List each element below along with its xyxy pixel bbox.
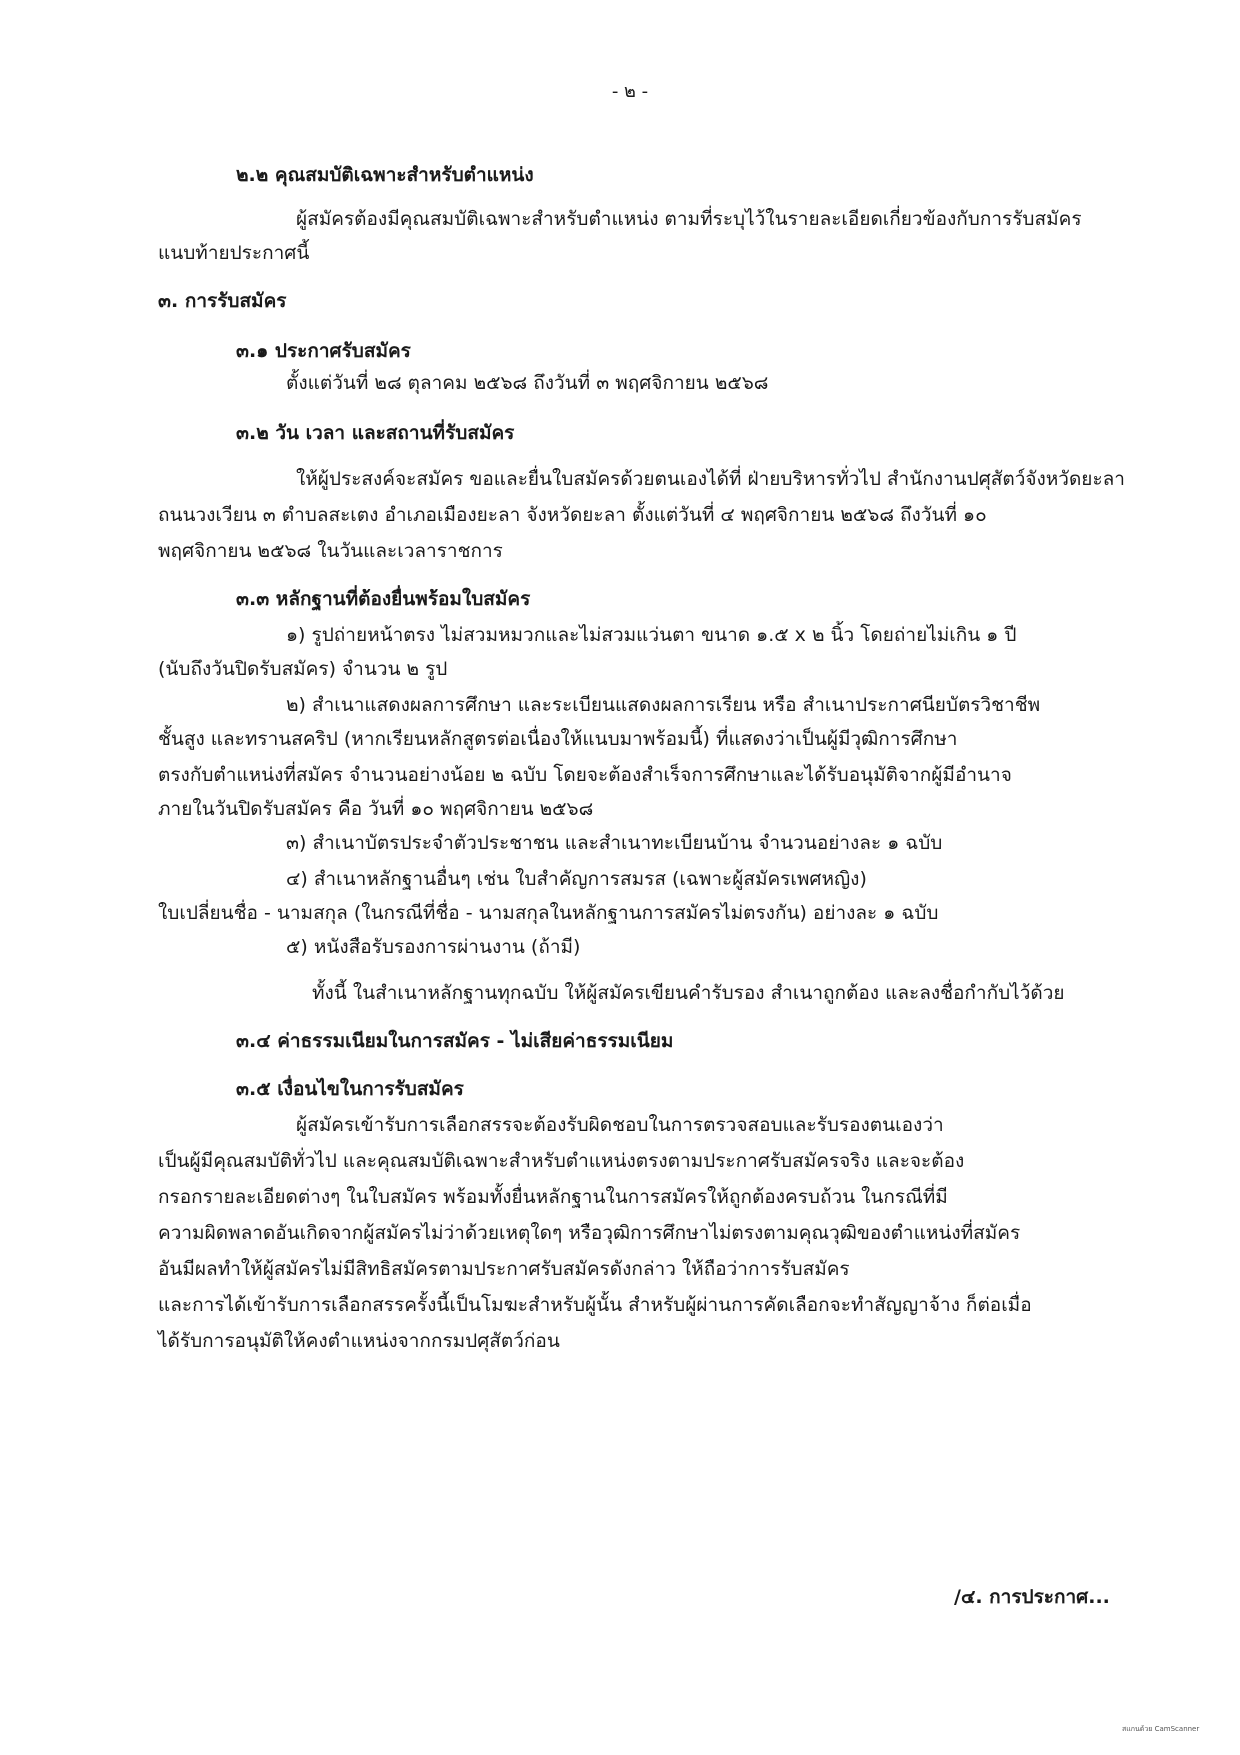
evidence-item-2-line: ๒) สำเนาแสดงผลการศึกษา และระเบียนแสดงผลก… [286, 690, 1040, 720]
section-3-2-heading: ๓.๒ วัน เวลา และสถานที่รับสมัคร [236, 418, 514, 448]
evidence-item-4-line: ใบเปลี่ยนชื่อ - นามสกุล (ในกรณีที่ชื่อ -… [158, 898, 938, 928]
evidence-item-2-line: ชั้นสูง และทรานสคริป (หากเรียนหลักสูตรต่… [158, 724, 957, 754]
section-3-3-heading: ๓.๓ หลักฐานที่ต้องยื่นพร้อมใบสมัคร [236, 584, 530, 614]
section-3-5-text-line: เป็นผู้มีคุณสมบัติทั่วไป และคุณสมบัติเฉพ… [158, 1146, 964, 1176]
scanner-watermark: สแกนด้วย CamScanner [1122, 1724, 1199, 1735]
page-number: - ๒ - [600, 76, 660, 105]
section-3-heading: ๓. การรับสมัคร [158, 286, 287, 316]
evidence-item-1-line: (นับถึงวันปิดรับสมัคร) จำนวน ๒ รูป [158, 654, 447, 684]
evidence-item-2-line: ภายในวันปิดรับสมัคร คือ วันที่ ๑๐ พฤศจิก… [158, 794, 593, 824]
evidence-item-2-line: ตรงกับตำแหน่งที่สมัคร จำนวนอย่างน้อย ๒ ฉ… [158, 760, 1012, 790]
section-2-2-text-line: แนบท้ายประกาศนี้ [158, 238, 309, 268]
next-page-continuation: /๔. การประกาศ... [954, 1582, 1110, 1612]
section-3-5-heading: ๓.๕ เงื่อนไขในการรับสมัคร [236, 1074, 464, 1104]
evidence-item-1-line: ๑) รูปถ่ายหน้าตรง ไม่สวมหมวกและไม่สวมแว่… [286, 620, 1016, 650]
section-3-2-text-line: ให้ผู้ประสงค์จะสมัคร ขอและยื่นใบสมัครด้ว… [296, 464, 1125, 494]
evidence-note: ทั้งนี้ ในสำเนาหลักฐานทุกฉบับ ให้ผู้สมัค… [312, 978, 1065, 1008]
section-3-5-text-line: และการได้เข้ารับการเลือกสรรครั้งนี้เป็นโ… [158, 1290, 1032, 1320]
section-2-2-heading: ๒.๒ คุณสมบัติเฉพาะสำหรับตำแหน่ง [236, 160, 534, 190]
section-3-2-text-line: พฤศจิกายน ๒๕๖๘ ในวันและเวลาราชการ [158, 536, 503, 566]
section-3-5-text-line: กรอกรายละเอียดต่างๆ ในใบสมัคร พร้อมทั้งย… [158, 1182, 948, 1212]
section-3-1-text-line: ตั้งแต่วันที่ ๒๘ ตุลาคม ๒๕๖๘ ถึงวันที่ ๓… [286, 368, 768, 398]
section-3-5-text-line: อันมีผลทำให้ผู้สมัครไม่มีสิทธิสมัครตามปร… [158, 1254, 850, 1284]
section-3-1-heading: ๓.๑ ประกาศรับสมัคร [236, 336, 411, 366]
section-3-5-text-line: ผู้สมัครเข้ารับการเลือกสรรจะต้องรับผิดชอ… [296, 1110, 944, 1140]
section-3-2-text-line: ถนนวงเวียน ๓ ตำบลสะเตง อำเภอเมืองยะลา จั… [158, 500, 987, 530]
section-3-4-heading: ๓.๔ ค่าธรรมเนียมในการสมัคร - ไม่เสียค่าธ… [236, 1026, 673, 1056]
evidence-item-5-line: ๕) หนังสือรับรองการผ่านงาน (ถ้ามี) [286, 932, 580, 962]
document-page: - ๒ - ๒.๒ คุณสมบัติเฉพาะสำหรับตำแหน่ง ผู… [0, 0, 1240, 1755]
section-3-5-text-line: ความผิดพลาดอันเกิดจากผู้สมัครไม่ว่าด้วยเ… [158, 1218, 1020, 1248]
section-3-5-text-line: ได้รับการอนุมัติให้คงตำแหน่งจากกรมปศุสัต… [158, 1326, 560, 1356]
evidence-item-3-line: ๓) สำเนาบัตรประจำตัวประชาชน และสำเนาทะเบ… [286, 828, 942, 858]
evidence-item-4-line: ๔) สำเนาหลักฐานอื่นๆ เช่น ใบสำคัญการสมรส… [286, 864, 867, 894]
section-2-2-text-line: ผู้สมัครต้องมีคุณสมบัติเฉพาะสำหรับตำแหน่… [296, 204, 1082, 234]
